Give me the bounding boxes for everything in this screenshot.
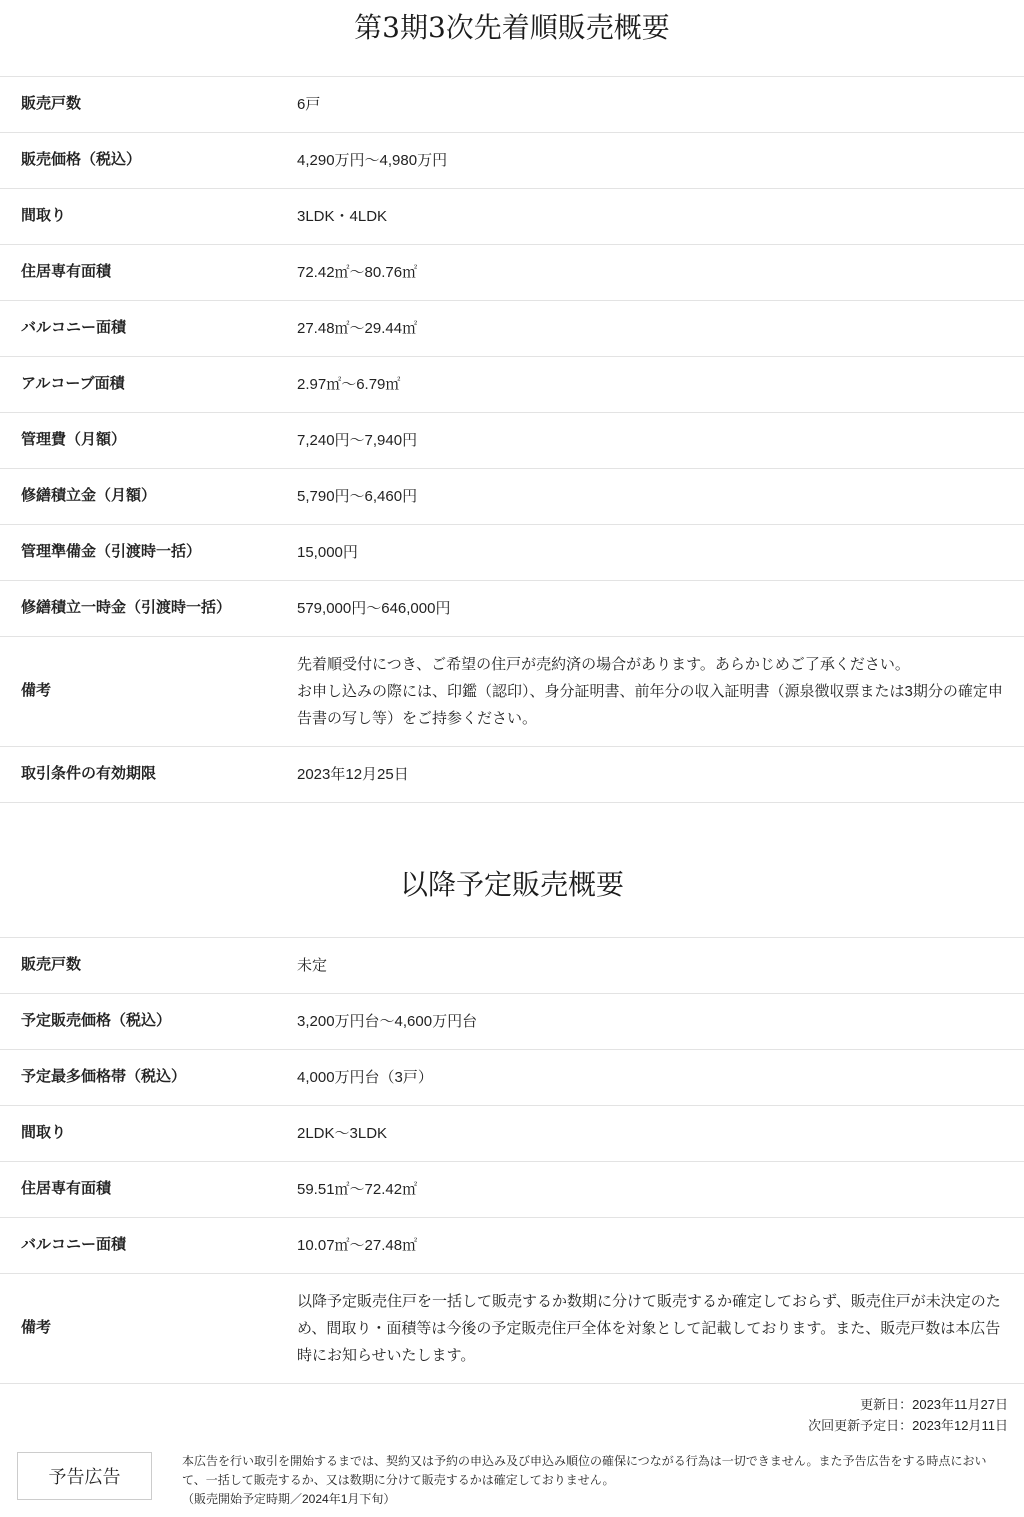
row-label: 住居専有面積 [0, 1178, 297, 1201]
row-label: 備考 [0, 680, 297, 703]
spec-row: 販売戸数 未定 [0, 937, 1024, 993]
section-title-first-come: 第3期3次先着順販売概要 [0, 0, 1024, 48]
row-value: 3,200万円台～4,600万円台 [297, 994, 1024, 1049]
sales-start-schedule: （販売開始予定時期／2024年1月下旬） [182, 1490, 1010, 1509]
row-value: 7,240円～7,940円 [297, 413, 1024, 468]
preliminary-ad-notice: 予告広告 本広告を行い取引を開始するまでは、契約又は予約の申込み及び申込み順位の… [0, 1452, 1024, 1517]
row-label: 販売戸数 [0, 93, 297, 116]
row-label: 販売価格（税込） [0, 149, 297, 172]
spec-row: 予定最多価格帯（税込） 4,000万円台（3戸） [0, 1049, 1024, 1105]
preliminary-ad-badge: 予告広告 [17, 1452, 152, 1500]
spec-row: バルコニー面積 27.48㎡～29.44㎡ [0, 300, 1024, 356]
spec-row: 販売戸数 6戸 [0, 76, 1024, 132]
section-title-planned: 以降予定販売概要 [0, 865, 1024, 905]
row-label: 管理費（月額） [0, 429, 297, 452]
row-value: 59.51㎡～72.42㎡ [297, 1162, 1024, 1217]
spec-row: アルコーブ面積 2.97㎡～6.79㎡ [0, 356, 1024, 412]
spec-row: 取引条件の有効期限 2023年12月25日 [0, 746, 1024, 802]
next-update-date: 次回更新予定日：2023年12月11日 [0, 1415, 1008, 1436]
spec-table-planned: 販売戸数 未定 予定販売価格（税込） 3,200万円台～4,600万円台 予定最… [0, 937, 1024, 1384]
row-value: 6戸 [297, 77, 1024, 132]
row-value: 未定 [297, 938, 1024, 993]
row-value: 3LDK・4LDK [297, 189, 1024, 244]
sales-overview-page: 第3期3次先着順販売概要 販売戸数 6戸 販売価格（税込） 4,290万円～4,… [0, 0, 1024, 1517]
row-label: バルコニー面積 [0, 317, 297, 340]
row-label: 管理準備金（引渡時一括） [0, 541, 297, 564]
row-label: バルコニー面積 [0, 1234, 297, 1257]
spec-row: 修繕積立金（月額） 5,790円～6,460円 [0, 468, 1024, 524]
spec-row: 管理準備金（引渡時一括） 15,000円 [0, 524, 1024, 580]
notice-text: 本広告を行い取引を開始するまでは、契約又は予約の申込み及び申込み順位の確保につな… [182, 1452, 1010, 1490]
spec-row-remarks: 備考 以降予定販売住戸を一括して販売するか数期に分けて販売するか確定しておらず、… [0, 1273, 1024, 1383]
row-value: 72.42㎡～80.76㎡ [297, 245, 1024, 300]
row-value: 2023年12月25日 [297, 747, 1024, 802]
row-label: アルコーブ面積 [0, 373, 297, 396]
row-label: 取引条件の有効期限 [0, 763, 297, 786]
row-label: 間取り [0, 1122, 297, 1145]
row-label: 間取り [0, 205, 297, 228]
row-value: 先着順受付につき、ご希望の住戸が売約済の場合があります。あらかじめご了承ください… [297, 637, 1024, 746]
spec-row: バルコニー面積 10.07㎡～27.48㎡ [0, 1217, 1024, 1273]
row-value: 579,000円～646,000円 [297, 581, 1024, 636]
spec-row: 間取り 3LDK・4LDK [0, 188, 1024, 244]
row-label: 販売戸数 [0, 954, 297, 977]
row-label: 住居専有面積 [0, 261, 297, 284]
row-value: 15,000円 [297, 525, 1024, 580]
updated-date: 更新日：2023年11月27日 [0, 1394, 1008, 1415]
spec-row: 予定販売価格（税込） 3,200万円台～4,600万円台 [0, 993, 1024, 1049]
row-value: 27.48㎡～29.44㎡ [297, 301, 1024, 356]
spec-row-remarks: 備考 先着順受付につき、ご希望の住戸が売約済の場合があります。あらかじめご了承く… [0, 636, 1024, 746]
update-info: 更新日：2023年11月27日 次回更新予定日：2023年12月11日 [0, 1384, 1024, 1436]
row-label: 予定販売価格（税込） [0, 1010, 297, 1033]
row-value: 5,790円～6,460円 [297, 469, 1024, 524]
notice-body: 本広告を行い取引を開始するまでは、契約又は予約の申込み及び申込み順位の確保につな… [182, 1452, 1010, 1509]
spec-row: 間取り 2LDK～3LDK [0, 1105, 1024, 1161]
row-value: 以降予定販売住戸を一括して販売するか数期に分けて販売するか確定しておらず、販売住… [297, 1274, 1024, 1383]
row-label: 修繕積立金（月額） [0, 485, 297, 508]
row-value: 4,290万円～4,980万円 [297, 133, 1024, 188]
spec-row: 管理費（月額） 7,240円～7,940円 [0, 412, 1024, 468]
row-value: 2.97㎡～6.79㎡ [297, 357, 1024, 412]
row-label: 予定最多価格帯（税込） [0, 1066, 297, 1089]
row-value: 4,000万円台（3戸） [297, 1050, 1024, 1105]
row-value: 10.07㎡～27.48㎡ [297, 1218, 1024, 1273]
spec-row: 修繕積立一時金（引渡時一括） 579,000円～646,000円 [0, 580, 1024, 636]
spec-row: 販売価格（税込） 4,290万円～4,980万円 [0, 132, 1024, 188]
spec-row: 住居専有面積 59.51㎡～72.42㎡ [0, 1161, 1024, 1217]
row-label: 修繕積立一時金（引渡時一括） [0, 597, 297, 620]
row-label: 備考 [0, 1317, 297, 1340]
spec-row: 住居専有面積 72.42㎡～80.76㎡ [0, 244, 1024, 300]
row-value: 2LDK～3LDK [297, 1106, 1024, 1161]
spec-table-first-come: 販売戸数 6戸 販売価格（税込） 4,290万円～4,980万円 間取り 3LD… [0, 76, 1024, 803]
